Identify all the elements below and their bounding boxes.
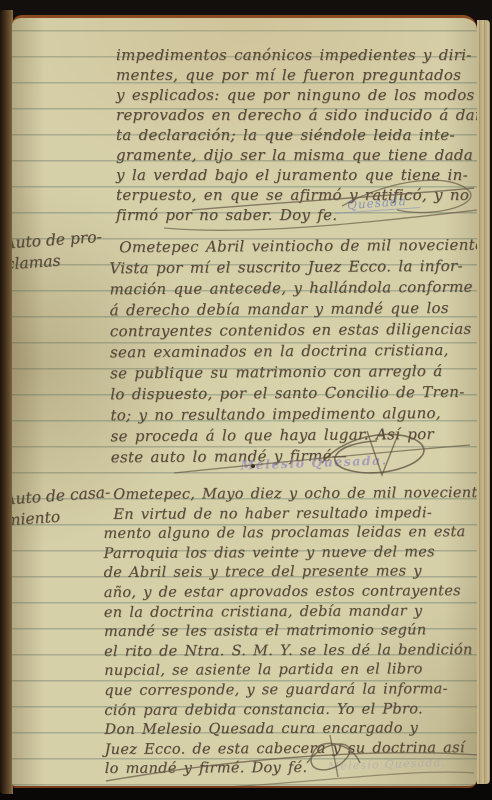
manuscript-line: ta declaración; la que siéndole leida in… <box>116 125 477 145</box>
manuscript-line: y esplicados: que por ninguno de los mod… <box>116 85 477 105</box>
register-page: Auto de pro- clamas Auto de casa- miento… <box>12 15 477 788</box>
manuscript-line: contrayentes contenidos en estas diligen… <box>110 319 476 343</box>
scanned-register-photo: Auto de pro- clamas Auto de casa- miento… <box>0 0 492 800</box>
manuscript-line: año, y de estar aprovados estos contraye… <box>104 582 476 604</box>
manuscript-line: de Abril seis y trece del presente mes y <box>104 562 476 584</box>
flourish-strokes <box>162 158 477 248</box>
margin-note-casamiento: Auto de casa- miento <box>12 483 106 532</box>
signature-rubric-bottom <box>102 733 477 788</box>
manuscript-line: el rito de Ntra. S. M. Y. se les dé la b… <box>104 641 476 663</box>
manuscript-line: lo dispuesto, por el santo Concilio de T… <box>110 382 476 406</box>
manuscript-line: reprovados en derecho á sido inducido á … <box>116 105 477 125</box>
manuscript-line: se publique su matrimonio con arreglo á <box>110 361 476 385</box>
manuscript-line: ción para debida constancia. Yo el Pbro. <box>104 700 476 722</box>
manuscript-line: mento alguno de las proclamas leidas en … <box>103 523 475 545</box>
manuscript-line: nupcial, se asiente la partida en el lib… <box>104 660 476 682</box>
signature-rubric-middle <box>172 423 472 493</box>
manuscript-line: en la doctrina cristiana, debía mandar y <box>104 602 476 624</box>
manuscript-line: impedimentos canónicos impedientes y dir… <box>116 45 477 65</box>
manuscript-line: mación que antecede, y hallándola confor… <box>109 277 475 301</box>
manuscript-line: Parroquia los dias veinte y nueve del me… <box>104 543 476 565</box>
margin-note-proclamas: Auto de pro- clamas <box>12 227 106 276</box>
manuscript-line: mandé se les asista el matrimonio según <box>104 621 476 643</box>
manuscript-line: Vista por mí el suscrito Juez Ecco. la i… <box>109 256 475 280</box>
manuscript-line: que corresponde, y se guardará la inform… <box>104 680 476 702</box>
manuscript-line: sean examinados en la doctrina cristiana… <box>110 340 476 364</box>
manuscript-line: En virtud de no haber resultado impedi- <box>103 504 475 526</box>
manuscript-line: mentes, que por mí le fueron preguntados <box>116 65 477 85</box>
page-stack-edge <box>477 20 490 784</box>
manuscript-line: á derecho debía mandar y mandé que los <box>110 298 476 322</box>
